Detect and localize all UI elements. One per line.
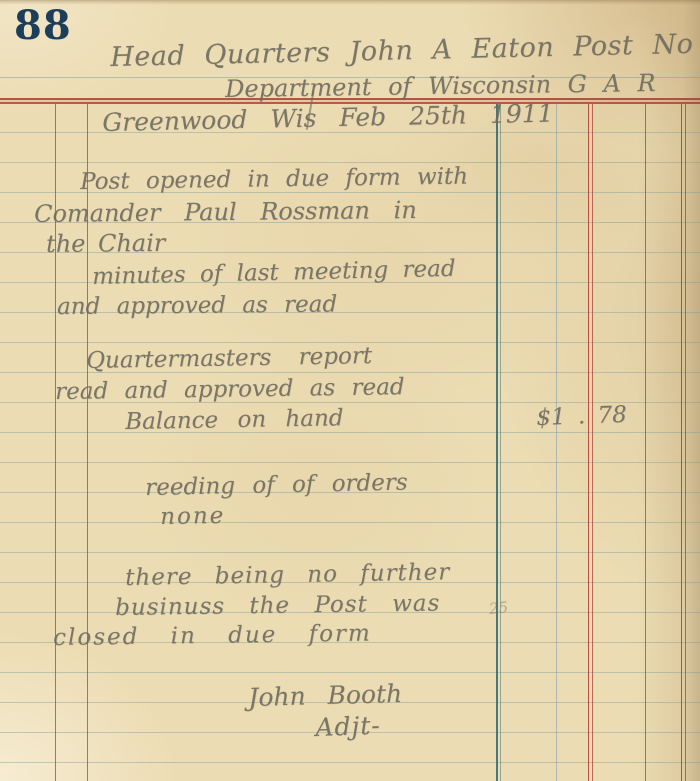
orders-line-1: reeding of of orders bbox=[145, 472, 408, 500]
amount-column-blue-line bbox=[556, 104, 557, 781]
page-number: 88 bbox=[14, 2, 72, 49]
minutes-opening-line-3: the Chair bbox=[46, 231, 165, 256]
right-red-line-2 bbox=[645, 104, 646, 781]
signature-name: John Booth bbox=[248, 681, 402, 710]
orders-line-2: none bbox=[160, 505, 225, 529]
right-red-line-1b bbox=[592, 104, 593, 781]
closing-line-3: closed in due form bbox=[53, 623, 372, 650]
date-line: Greenwood Wis Feb 25th 1911 bbox=[102, 101, 554, 135]
closing-line-2: businuss the Post was bbox=[115, 592, 440, 620]
quartermaster-line-2: read and approved as read bbox=[55, 376, 405, 404]
header-line-1: Head Quarters John A Eaton Post No 213 bbox=[110, 29, 700, 71]
closing-line-1: there being no further bbox=[125, 561, 450, 590]
minutes-opening-line-1: Post opened in due form with bbox=[80, 166, 468, 194]
quartermaster-line-3: Balance on hand bbox=[125, 407, 344, 434]
faint-margin-note: 25 bbox=[488, 598, 509, 618]
balance-amount: $1 . 78 bbox=[536, 404, 627, 430]
header-line-2: Department of Wisconsin G A R bbox=[225, 71, 656, 101]
minutes-opening-line-2: Comander Paul Rossman in bbox=[34, 198, 417, 226]
signature-title: Adjt- bbox=[315, 713, 381, 740]
amount-column-teal-line-2 bbox=[500, 104, 501, 781]
amount-column-teal-line bbox=[496, 104, 498, 781]
quartermaster-line-1: Quartermasters report bbox=[86, 345, 372, 373]
right-red-line-3b bbox=[685, 104, 686, 781]
right-red-line-3a bbox=[681, 104, 682, 781]
minutes-prev-line-2: and approved as read bbox=[57, 294, 337, 319]
right-red-line-1a bbox=[588, 104, 589, 781]
ledger-page: 88 Head Quarters John A Eaton Post No 21… bbox=[0, 0, 700, 781]
